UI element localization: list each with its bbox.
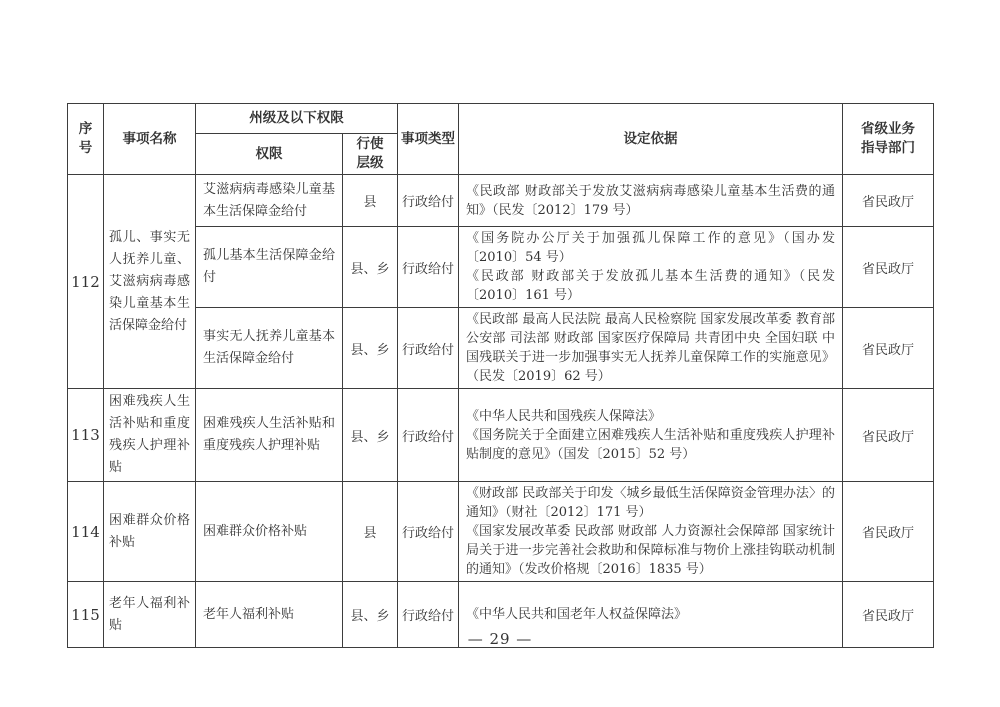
cell-name-113: 困难残疾人生活补贴和重度残疾人护理补贴 — [104, 389, 196, 482]
header-basis: 设定依据 — [459, 104, 843, 175]
cell-dept: 省民政厅 — [843, 227, 934, 308]
header-authority: 权限 — [196, 134, 343, 175]
cell-level: 县 — [343, 175, 398, 227]
cell-level: 县 — [343, 482, 398, 582]
table-row-112-sub3: 事实无人抚养儿童基本生活保障金给付 县、乡 行政给付 《民政部 最高人民法院 最… — [68, 308, 934, 389]
cell-level: 县、乡 — [343, 308, 398, 389]
cell-dept: 省民政厅 — [843, 308, 934, 389]
table-row-112-sub1: 112 孤儿、事实无人抚养儿童、艾滋病病毒感染儿童基本生活保障金给付 艾滋病病毒… — [68, 175, 934, 227]
page-number: — 29 — — [0, 630, 1000, 648]
cell-type: 行政给付 — [398, 308, 459, 389]
cell-basis: 《民政部 财政部关于发放艾滋病病毒感染儿童基本生活费的通知》（民发〔2012〕1… — [459, 175, 843, 227]
header-prefecture-group: 州级及以下权限 — [196, 104, 398, 134]
cell-type: 行政给付 — [398, 227, 459, 308]
header-exercise-level: 行使层级 — [343, 134, 398, 175]
table-row-113: 113 困难残疾人生活补贴和重度残疾人护理补贴 困难残疾人生活补贴和重度残疾人护… — [68, 389, 934, 482]
cell-serial-113: 113 — [68, 389, 104, 482]
cell-authority: 事实无人抚养儿童基本生活保障金给付 — [196, 308, 343, 389]
header-row-1: 序号 事项名称 州级及以下权限 事项类型 设定依据 省级业务指导部门 — [68, 104, 934, 134]
cell-basis: 《国务院办公厅关于加强孤儿保障工作的意见》（国办发〔2010〕54 号） 《民政… — [459, 227, 843, 308]
cell-authority: 困难群众价格补贴 — [196, 482, 343, 582]
cell-dept: 省民政厅 — [843, 482, 934, 582]
cell-name-112: 孤儿、事实无人抚养儿童、艾滋病病毒感染儿童基本生活保障金给付 — [104, 175, 196, 389]
document-page: { "page": { "footer_text": "— 29 —", "ba… — [0, 0, 1000, 707]
cell-dept: 省民政厅 — [843, 389, 934, 482]
cell-basis: 《财政部 民政部关于印发〈城乡最低生活保障资金管理办法〉的通知》（财社〔2012… — [459, 482, 843, 582]
authority-table: 序号 事项名称 州级及以下权限 事项类型 设定依据 省级业务指导部门 权限 行使… — [67, 103, 934, 648]
cell-level: 县、乡 — [343, 389, 398, 482]
authority-table-container: 序号 事项名称 州级及以下权限 事项类型 设定依据 省级业务指导部门 权限 行使… — [67, 103, 934, 648]
cell-authority: 困难残疾人生活补贴和重度残疾人护理补贴 — [196, 389, 343, 482]
cell-type: 行政给付 — [398, 482, 459, 582]
cell-level: 县、乡 — [343, 227, 398, 308]
header-item-name: 事项名称 — [104, 104, 196, 175]
header-serial: 序号 — [68, 104, 104, 175]
cell-dept: 省民政厅 — [843, 175, 934, 227]
cell-type: 行政给付 — [398, 175, 459, 227]
table-row-112-sub2: 孤儿基本生活保障金给付 县、乡 行政给付 《国务院办公厅关于加强孤儿保障工作的意… — [68, 227, 934, 308]
cell-basis: 《民政部 最高人民法院 最高人民检察院 国家发展改革委 教育部 公安部 司法部 … — [459, 308, 843, 389]
header-dept: 省级业务指导部门 — [843, 104, 934, 175]
cell-authority: 孤儿基本生活保障金给付 — [196, 227, 343, 308]
header-item-type: 事项类型 — [398, 104, 459, 175]
table-row-114: 114 困难群众价格补贴 困难群众价格补贴 县 行政给付 《财政部 民政部关于印… — [68, 482, 934, 582]
cell-serial-112: 112 — [68, 175, 104, 389]
cell-serial-114: 114 — [68, 482, 104, 582]
cell-basis: 《中华人民共和国残疾人保障法》 《国务院关于全面建立困难残疾人生活补贴和重度残疾… — [459, 389, 843, 482]
cell-name-114: 困难群众价格补贴 — [104, 482, 196, 582]
cell-type: 行政给付 — [398, 389, 459, 482]
cell-authority: 艾滋病病毒感染儿童基本生活保障金给付 — [196, 175, 343, 227]
